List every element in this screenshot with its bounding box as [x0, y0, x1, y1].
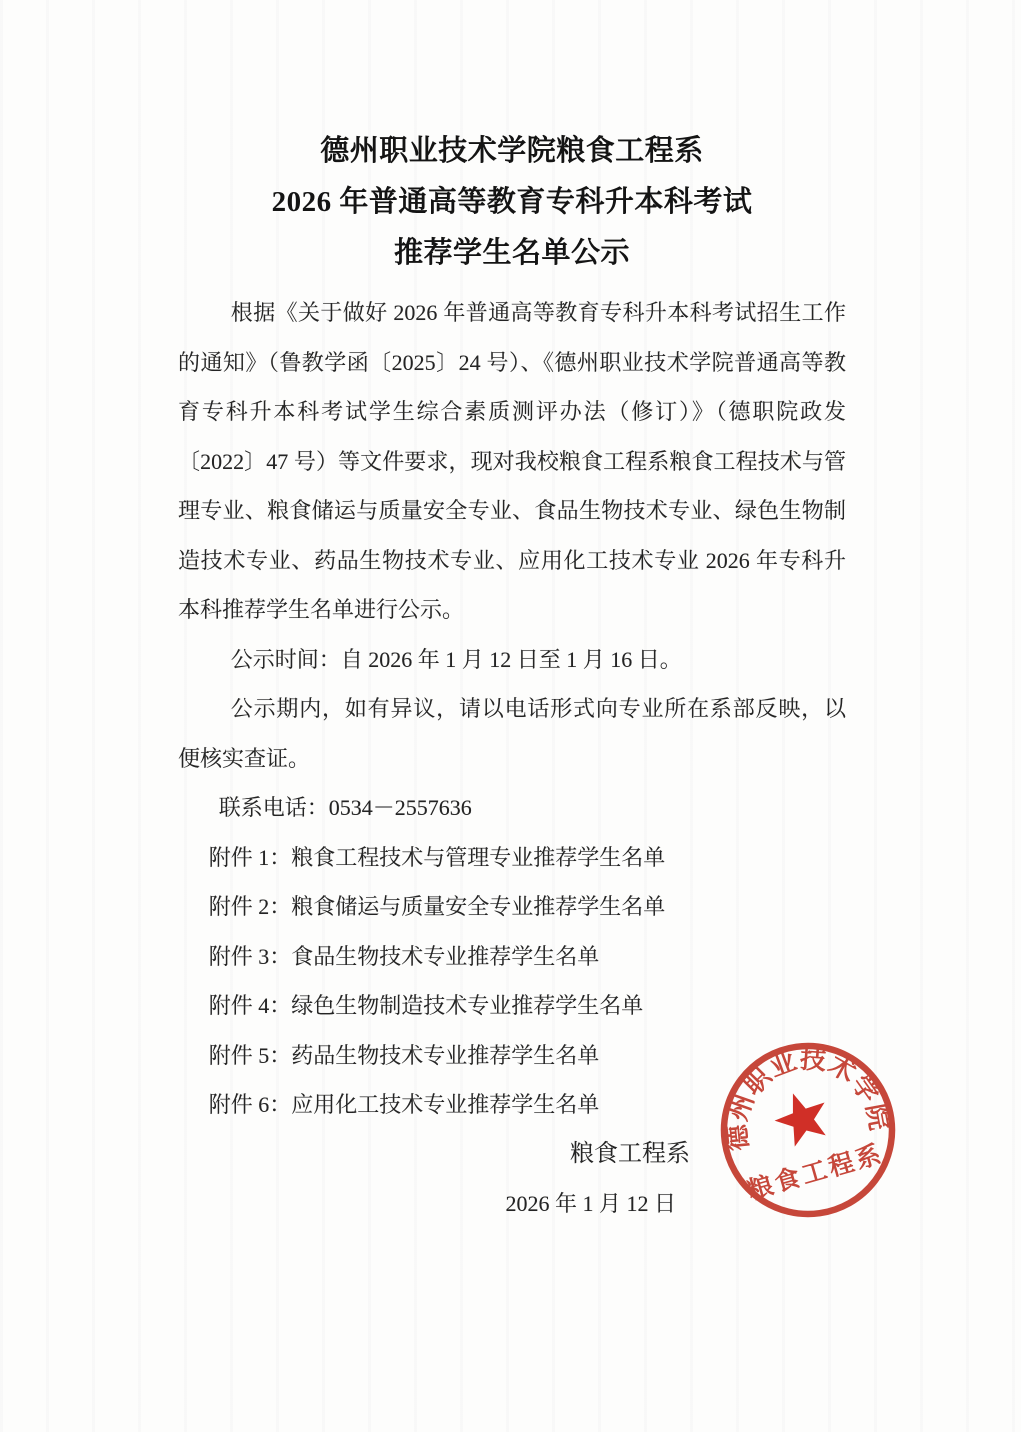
contact-phone-line: 联系电话：0534－2557636: [178, 783, 846, 833]
title-line-2: 2026 年普通高等教育专科升本科考试: [178, 177, 846, 228]
document-title: 德州职业技术学院粮食工程系 2026 年普通高等教育专科升本科考试 推荐学生名单…: [178, 126, 846, 279]
signature-department: 粮食工程系: [178, 1130, 846, 1180]
objection-paragraph: 公示期内，如有异议，请以电话形式向专业所在系部反映，以便核实查证。: [178, 684, 846, 783]
title-line-3: 推荐学生名单公示: [178, 228, 846, 279]
publicity-time-line: 公示时间：自 2026 年 1 月 12 日至 1 月 16 日。: [178, 635, 846, 685]
signature-date: 2026 年 1 月 12 日: [178, 1179, 846, 1229]
main-paragraph: 根据《关于做好 2026 年普通高等教育专科升本科考试招生工作的通知》（鲁教学函…: [178, 288, 846, 635]
attachment-item-1: 附件 1：粮食工程技术与管理专业推荐学生名单: [178, 833, 846, 883]
scanned-notice-page: 德州职业技术学院粮食工程系 2026 年普通高等教育专科升本科考试 推荐学生名单…: [0, 0, 1021, 1432]
attachment-item-2: 附件 2：粮食储运与质量安全专业推荐学生名单: [178, 882, 846, 932]
attachment-item-3: 附件 3：食品生物技术专业推荐学生名单: [178, 932, 846, 982]
attachment-item-4: 附件 4：绿色生物制造技术专业推荐学生名单: [178, 981, 846, 1031]
title-line-1: 德州职业技术学院粮食工程系: [178, 126, 846, 177]
